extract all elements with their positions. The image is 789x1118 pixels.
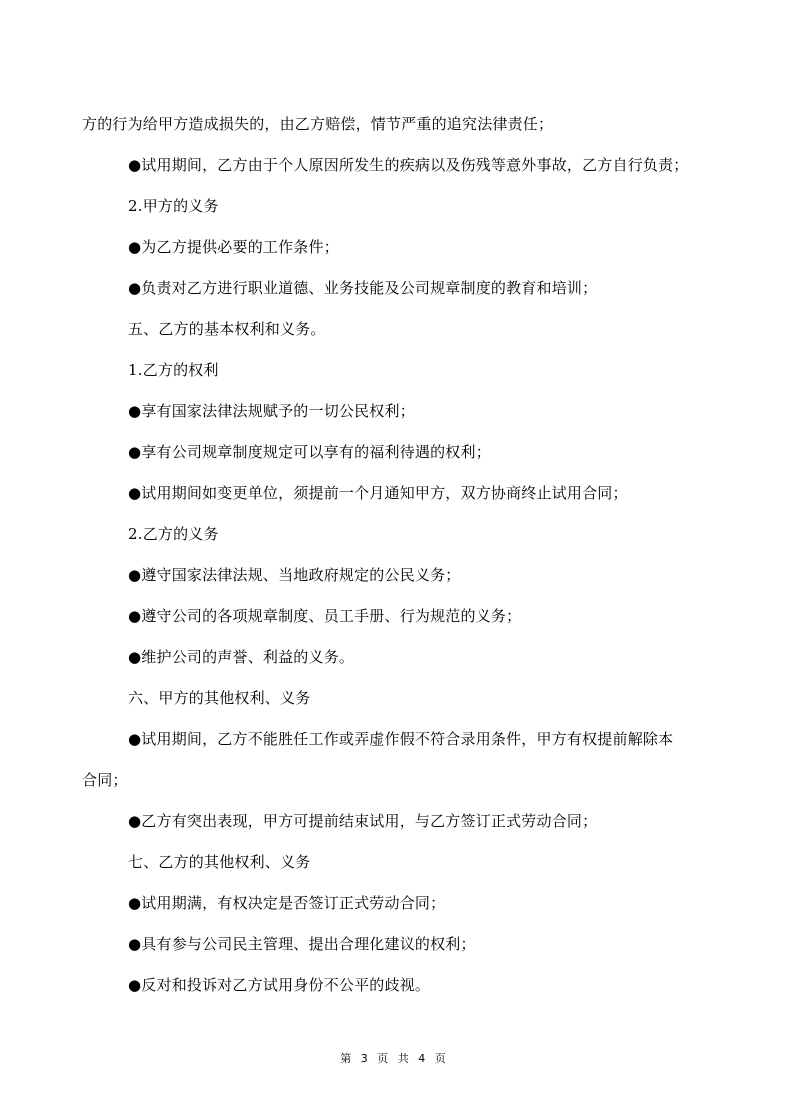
subheading-party-b-rights: 1.乙方的权利 <box>82 350 707 391</box>
subheading-party-a-obligations: 2.甲方的义务 <box>82 186 707 227</box>
bullet-obey-company-rules: ●遵守公司的各项规章制度、员工手册、行为规范的义务； <box>82 596 707 637</box>
page-number-footer: 第 3 页 共 4 页 <box>0 1050 789 1066</box>
subheading-party-b-obligations: 2.乙方的义务 <box>82 514 707 555</box>
document-page: 方的行为给甲方造成损失的，由乙方赔偿，情节严重的追究法律责任； ●试用期间，乙方… <box>0 0 789 1118</box>
bullet-decide-formal-contract: ●试用期满，有权决定是否签订正式劳动合同； <box>82 883 707 924</box>
section-heading-6: 六、甲方的其他权利、义务 <box>82 678 707 719</box>
bullet-change-employer: ●试用期间如变更单位，须提前一个月通知甲方，双方协商终止试用合同； <box>82 473 707 514</box>
bullet-terminate-contract-continuation: 合同； <box>82 760 707 801</box>
bullet-terminate-contract: ●试用期间，乙方不能胜任工作或弄虚作假不符合录用条件，甲方有权提前解除本 <box>82 719 707 760</box>
paragraph-continuation-compensation: 方的行为给甲方造成损失的，由乙方赔偿，情节严重的追究法律责任； <box>82 104 707 145</box>
section-heading-5: 五、乙方的基本权利和义务。 <box>82 309 707 350</box>
bullet-protect-reputation: ●维护公司的声誉、利益的义务。 <box>82 637 707 678</box>
bullet-civil-rights: ●享有国家法律法规赋予的一切公民权利； <box>82 391 707 432</box>
bullet-training: ●负责对乙方进行职业道德、业务技能及公司规章制度的教育和培训； <box>82 268 707 309</box>
bullet-early-conclusion: ●乙方有突出表现，甲方可提前结束试用，与乙方签订正式劳动合同； <box>82 801 707 842</box>
bullet-obey-laws: ●遵守国家法律法规、当地政府规定的公民义务； <box>82 555 707 596</box>
bullet-participate-management: ●具有参与公司民主管理、提出合理化建议的权利； <box>82 924 707 965</box>
bullet-welfare-rights: ●享有公司规章制度规定可以享有的福利待遇的权利； <box>82 432 707 473</box>
bullet-oppose-discrimination: ●反对和投诉对乙方试用身份不公平的歧视。 <box>82 965 707 1006</box>
bullet-trial-illness-injury: ●试用期间，乙方由于个人原因所发生的疾病以及伤残等意外事故，乙方自行负责； <box>82 145 707 186</box>
bullet-provide-work-conditions: ●为乙方提供必要的工作条件； <box>82 227 707 268</box>
document-body: 方的行为给甲方造成损失的，由乙方赔偿，情节严重的追究法律责任； ●试用期间，乙方… <box>82 104 707 1006</box>
section-heading-7: 七、乙方的其他权利、义务 <box>82 842 707 883</box>
